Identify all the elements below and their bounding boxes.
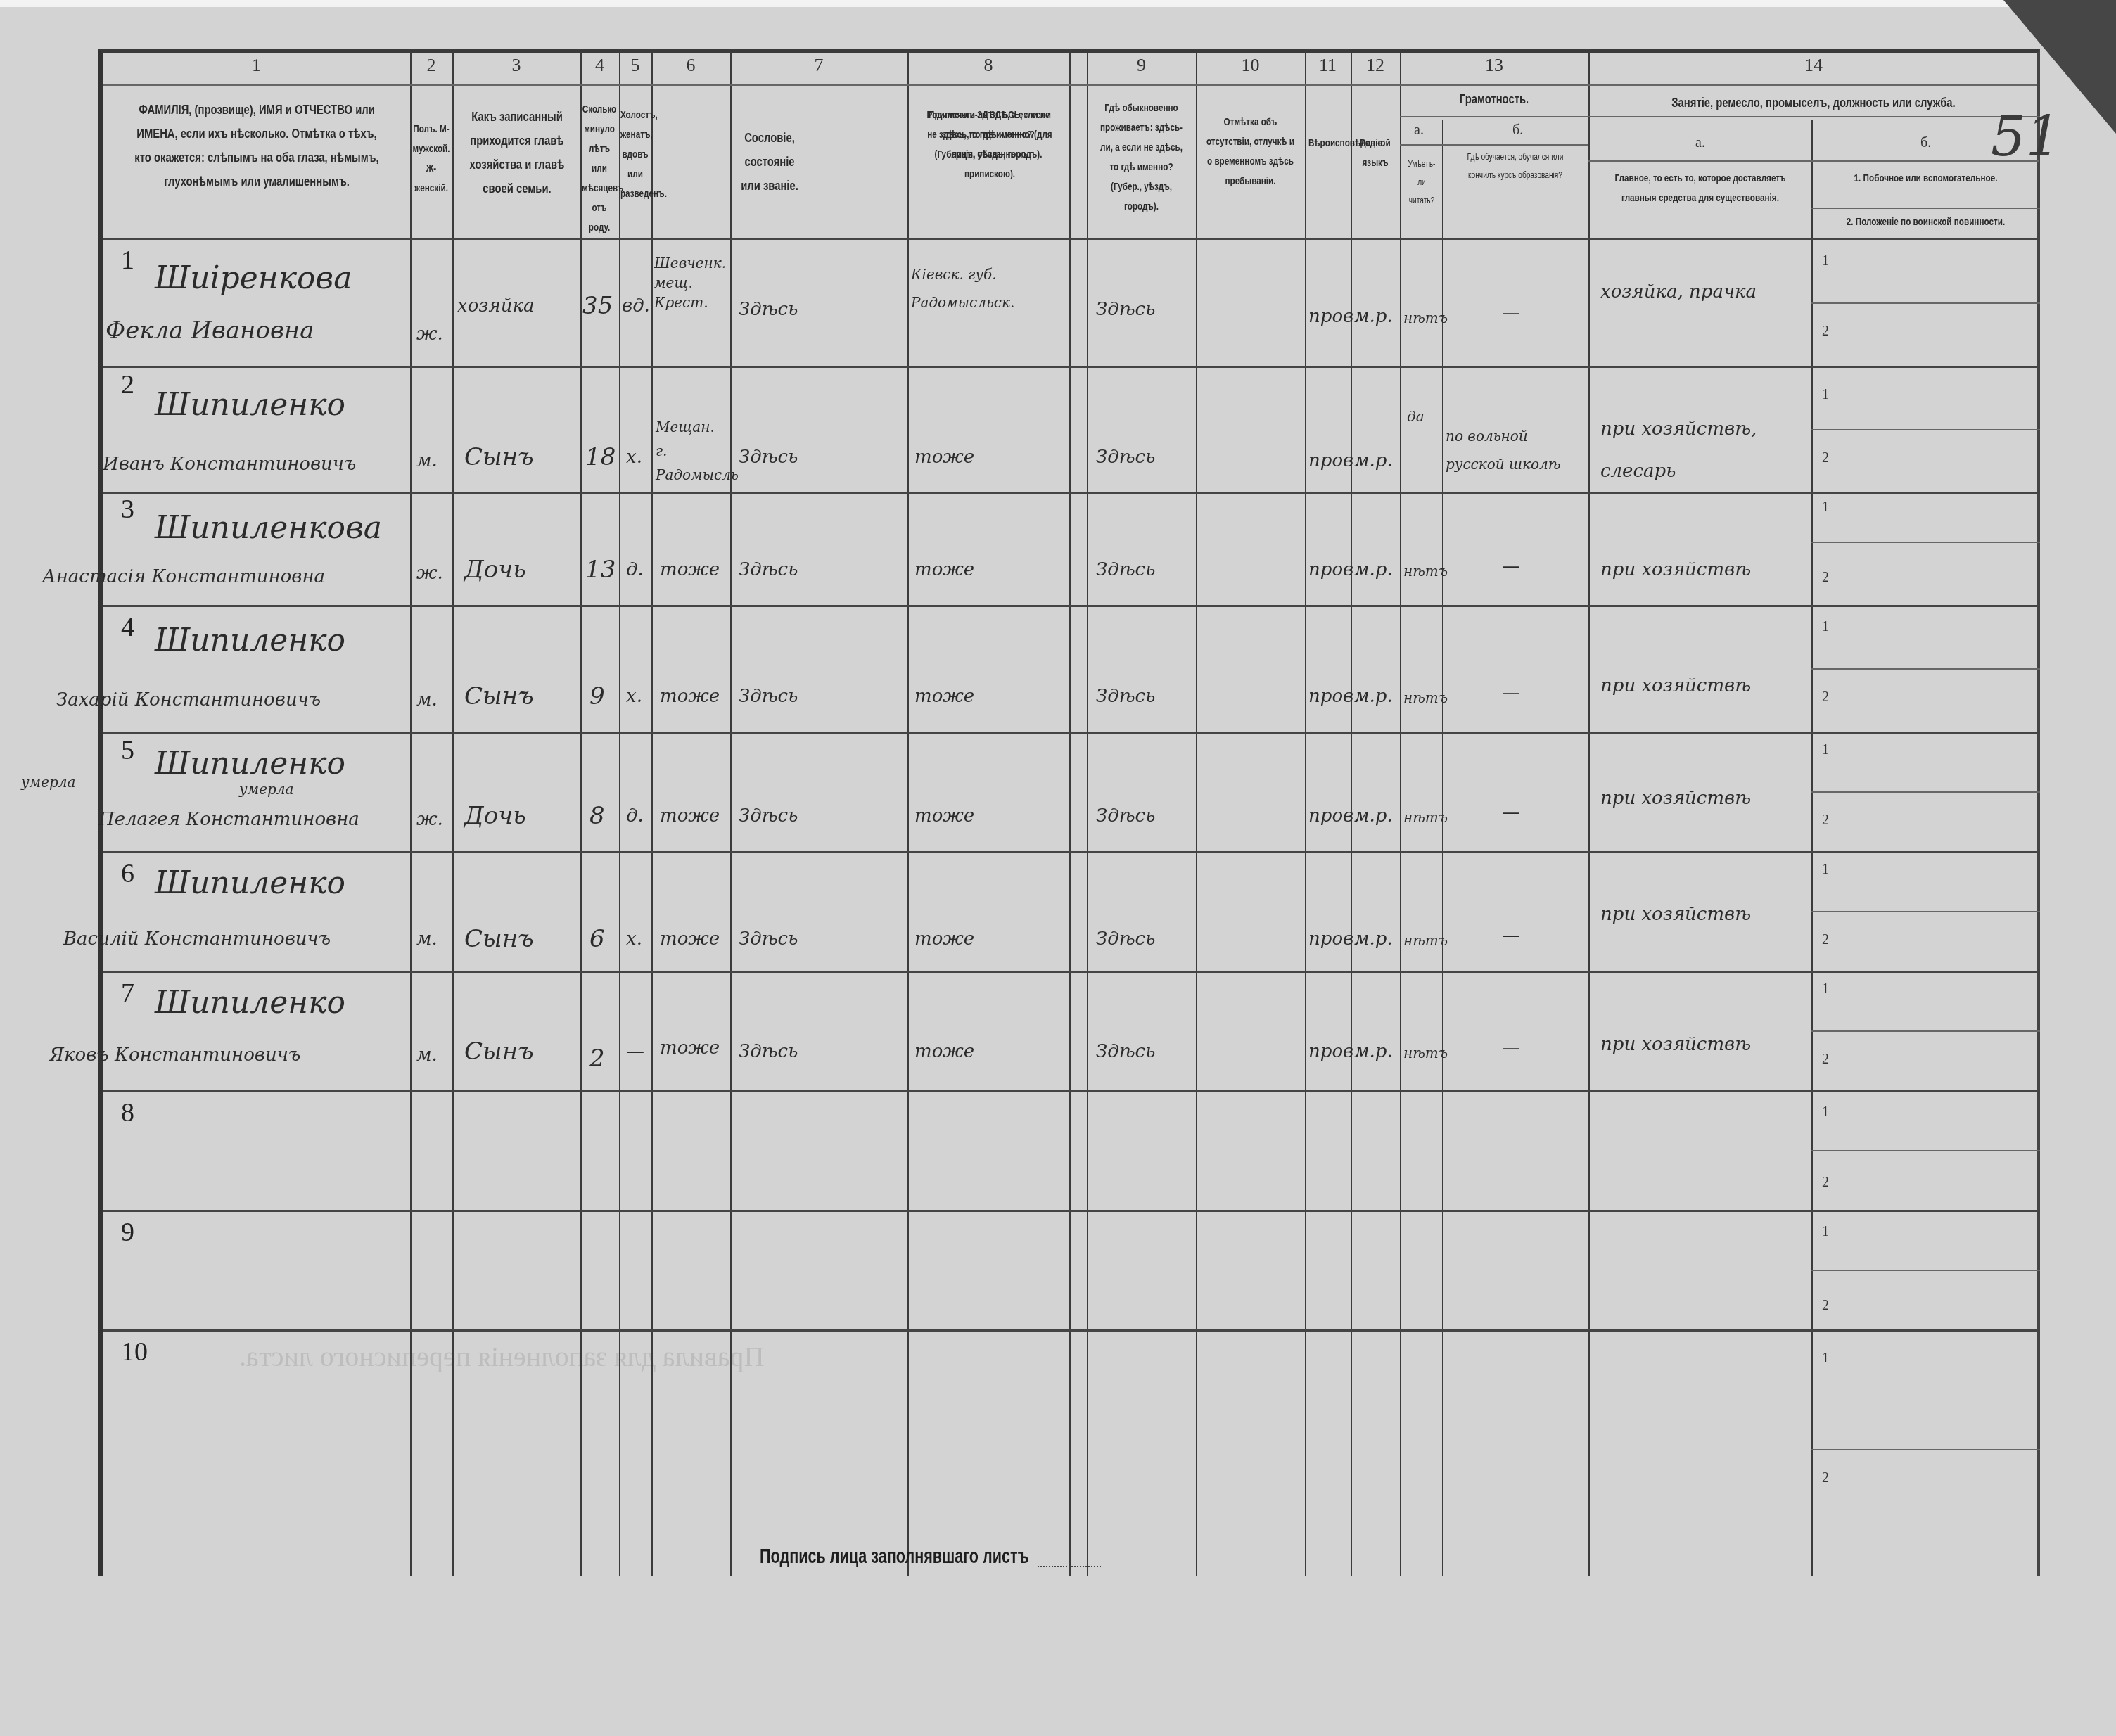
signature-line[interactable] [1038, 1566, 1101, 1567]
military-mark: 2 [1822, 1298, 1829, 1314]
military-mark: 2 [1822, 932, 1829, 948]
estate: Шевченк. мещ. Крест. [654, 253, 729, 312]
row-divider [103, 732, 2037, 734]
education: — [1502, 682, 1520, 703]
religion: пров. [1308, 928, 1359, 950]
literacy-sub-b-label: б. [1512, 122, 1523, 139]
header-occupation: Занятіе, ремесло, промыселъ, должность и… [1638, 91, 1989, 115]
col-divider [1305, 49, 1306, 1576]
education: — [1502, 556, 1520, 577]
military-mark: 2 [1822, 812, 1829, 829]
row-divider [103, 1090, 2037, 1092]
row-number: 1 [121, 245, 134, 276]
registered-place: тоже [914, 559, 974, 580]
can-read: нѣтъ [1403, 809, 1448, 826]
given-names: Фекла Ивановна [106, 317, 314, 345]
military-mark: 2 [1822, 570, 1829, 586]
sex: м. [416, 689, 438, 710]
header-residence: Гдѣ обыкновенно проживаетъ: здѣсь-ли, а … [1096, 98, 1187, 217]
col-divider [730, 49, 732, 1576]
col-number: 5 [619, 55, 651, 76]
birthplace: Здѣсь [739, 805, 798, 826]
header-education: Гдѣ обучается, обучался или кончилъ курс… [1458, 148, 1572, 184]
relation: Сынъ [464, 682, 534, 710]
military-mark: 2 [1822, 1470, 1829, 1486]
estate: тоже [660, 805, 720, 826]
header-estate: Сословіе, состояніе или званіе. [737, 127, 802, 198]
col-divider [1811, 120, 1813, 1576]
sex: м. [416, 928, 438, 950]
subheader-divider [1400, 144, 1588, 146]
row-divider [103, 1210, 2037, 1212]
row-divider [103, 971, 2037, 973]
age: 35 [582, 292, 613, 320]
occupation-sub-b-label: б. [1920, 135, 1931, 151]
row-number: 6 [121, 858, 134, 889]
row-number: 10 [121, 1336, 148, 1367]
occ-secondary-mark: 1 [1822, 862, 1829, 878]
residence: Здѣсь [1096, 447, 1155, 468]
col-number: 3 [452, 55, 580, 76]
subrow-divider [1811, 429, 2040, 430]
can-read: нѣтъ [1403, 1045, 1448, 1061]
given-names: Пелагея Константиновна [98, 809, 359, 830]
education: — [1502, 302, 1520, 324]
subrow-divider [1811, 1030, 2040, 1032]
marital: х. [626, 686, 642, 707]
row-number: 2 [121, 369, 134, 400]
can-read: нѣтъ [1403, 309, 1448, 326]
row-divider [103, 851, 2037, 853]
occ-secondary-mark: 1 [1822, 619, 1829, 635]
paper-top-edge [0, 0, 2012, 7]
residence: Здѣсь [1096, 299, 1155, 320]
subheader-divider [1400, 116, 2040, 117]
religion: пров. [1308, 559, 1359, 580]
estate: тоже [660, 686, 720, 707]
age: 6 [589, 925, 605, 953]
col-divider [452, 49, 454, 1576]
row-divider [103, 1329, 2037, 1332]
col-number: 8 [907, 55, 1069, 76]
header-relation: Какъ записанный приходится главѣ хозяйст… [465, 106, 569, 201]
religion: пров. [1308, 450, 1359, 471]
occupation-main: при хозяйствѣ [1600, 559, 1751, 580]
education: — [1502, 1038, 1520, 1059]
col-divider [1196, 49, 1197, 1576]
surname: Шипиленко [155, 623, 345, 658]
language: м.р. [1354, 928, 1393, 950]
occupation-main: при хозяйствѣ [1600, 788, 1751, 809]
education: по вольной русской школѣ [1446, 422, 1586, 478]
col-number: 12 [1351, 55, 1400, 76]
signature-label: Подпись лица заполнявшаго листъ [760, 1545, 1028, 1569]
occ-secondary-mark: 1 [1822, 981, 1829, 997]
education: — [1502, 925, 1520, 946]
language: м.р. [1354, 559, 1393, 580]
marital: — [626, 1041, 644, 1062]
age: 18 [585, 443, 616, 471]
subheader-divider [1811, 208, 2040, 209]
relation: Дочь [464, 802, 526, 830]
religion: пров. [1308, 1041, 1359, 1062]
occupation-main: при хозяйствѣ [1600, 1034, 1751, 1055]
marital: вд. [622, 295, 650, 317]
language: м.р. [1354, 1041, 1393, 1062]
birthplace: Здѣсь [739, 447, 798, 468]
language: м.р. [1354, 450, 1393, 471]
language: м.р. [1354, 805, 1393, 826]
birthplace: Здѣсь [739, 928, 798, 950]
given-names: Анастасія Константиновна [42, 566, 325, 587]
col-divider [651, 49, 653, 1576]
col-number: 14 [1588, 55, 2039, 76]
row-number: 3 [121, 494, 134, 525]
age: 13 [585, 556, 616, 584]
col-divider [1087, 49, 1088, 1576]
relation: Сынъ [464, 925, 534, 953]
surname: Шипиленко [155, 865, 345, 901]
age: 2 [589, 1045, 605, 1073]
language: м.р. [1354, 306, 1393, 327]
col-number: 6 [651, 55, 730, 76]
religion: пров. [1308, 805, 1359, 826]
religion: пров. [1308, 306, 1359, 327]
occupation-sub-a-label: а. [1695, 135, 1705, 151]
occ-secondary-mark: 1 [1822, 499, 1829, 516]
header-military-status: 2. Положеніе по воинской повинности. [1837, 212, 2015, 232]
residence: Здѣсь [1096, 805, 1155, 826]
age: 9 [589, 682, 605, 710]
can-read: да [1407, 408, 1425, 425]
relation: Дочь [464, 556, 526, 584]
registered-place: Кіевск. губ. Радомысльск. [911, 260, 1067, 317]
estate: тоже [660, 559, 720, 580]
margin-note: умерла [21, 774, 75, 791]
col-divider [1442, 120, 1443, 1576]
birthplace: Здѣсь [739, 686, 798, 707]
row-number: 5 [121, 735, 134, 766]
education: — [1502, 802, 1520, 823]
col-number: 13 [1400, 55, 1588, 76]
subheader-divider [1588, 160, 2039, 162]
language: м.р. [1354, 686, 1393, 707]
occ-secondary-mark: 1 [1822, 1224, 1829, 1240]
subrow-divider [1811, 302, 2040, 304]
birthplace: Здѣсь [739, 299, 798, 320]
registered-place: тоже [914, 1041, 974, 1062]
row-number: 4 [121, 612, 134, 643]
marital: х. [626, 928, 642, 950]
header-occupation-secondary: 1. Побочное или вспомогательное. [1837, 169, 2015, 189]
occupation-main: при хозяйствѣ [1600, 675, 1751, 696]
literacy-sub-a-label: а. [1414, 122, 1424, 139]
col-divider [410, 49, 412, 1576]
row-number: 9 [121, 1217, 134, 1248]
col-divider [1588, 49, 1590, 1576]
surname: Шипиленко [155, 746, 345, 781]
given-names: Иванъ Константиновичъ [103, 454, 356, 475]
col-number: 10 [1196, 55, 1305, 76]
given-names: Захарій Константиновичъ [56, 689, 321, 710]
given-names: Яковъ Константиновичъ [49, 1045, 300, 1066]
estate: Мещан. г. Радомысль [656, 415, 729, 487]
col-divider [907, 49, 909, 1576]
header-language: Родной языкъ [1355, 134, 1396, 173]
registered-place: тоже [914, 805, 974, 826]
marital: х. [626, 447, 642, 468]
col-number: 7 [730, 55, 907, 76]
col-number: 1 [103, 55, 410, 76]
surname: Шиipенкова [155, 260, 352, 296]
marital: д. [626, 805, 644, 826]
subrow-divider [1811, 1449, 2040, 1450]
number-row-divider [103, 84, 2037, 86]
birthplace: Здѣсь [739, 559, 798, 580]
occupation-main: при хозяйствѣ, слесарь [1600, 408, 1804, 492]
registered-place: тоже [914, 928, 974, 950]
page-number: 51 [1991, 106, 2060, 169]
row-divider [103, 605, 2037, 607]
estate: тоже [660, 1038, 720, 1059]
sex: м. [416, 450, 438, 471]
row-divider [103, 492, 2037, 494]
census-form: 1 2 3 4 5 6 7 8 9 10 11 12 13 14 ФАМИЛІЯ… [98, 49, 2047, 1583]
residence: Здѣсь [1096, 559, 1155, 580]
col-divider [1069, 49, 1071, 1576]
row-divider [103, 366, 2037, 368]
occ-secondary-mark: 1 [1822, 1351, 1829, 1367]
birthplace: Здѣсь [739, 1041, 798, 1062]
relation: Сынъ [464, 443, 534, 471]
header-name: ФАМИЛІЯ, (прозвище), ИМЯ и ОТЧЕСТВО или … [134, 98, 381, 194]
can-read: нѣтъ [1403, 689, 1448, 706]
subrow-divider [1811, 542, 2040, 543]
registered-place: тоже [914, 447, 974, 468]
header-occupation-main: Главное, то есть то, которое доставляетъ… [1613, 169, 1787, 208]
header-registered: Приписанъ-ли ЗДѢСЬ, а если не здѣсь, то … [926, 106, 1054, 184]
deceased-note: умерла [239, 781, 293, 798]
can-read: нѣтъ [1403, 563, 1448, 580]
occupation-main: при хозяйствѣ [1600, 904, 1751, 925]
relation: хозяйка [457, 295, 534, 317]
col-divider [580, 49, 582, 1576]
sex: м. [416, 1045, 438, 1066]
surname: Шипиленко [155, 387, 345, 423]
col-divider [619, 49, 620, 1576]
row-number: 8 [121, 1097, 134, 1128]
military-mark: 2 [1822, 689, 1829, 706]
can-read: нѣтъ [1403, 932, 1448, 949]
col-number: 9 [1087, 55, 1196, 76]
col-number: 2 [410, 55, 452, 76]
occ-secondary-mark: 1 [1822, 387, 1829, 403]
subrow-divider [1811, 911, 2040, 912]
subrow-divider [1811, 1150, 2040, 1151]
col-number: 11 [1305, 55, 1351, 76]
header-can-read: Умѣетъ-ли читать? [1405, 155, 1439, 210]
registered-place: тоже [914, 686, 974, 707]
military-mark: 2 [1822, 450, 1829, 466]
col-divider [1400, 49, 1401, 1576]
sex: ж. [416, 809, 443, 830]
header-literacy: Грамотность. [1420, 88, 1567, 112]
surname: Шипиленкова [155, 510, 382, 546]
header-age: Сколько минуло лѣтъ или мѣсяцевъ отъ род… [582, 100, 617, 238]
estate: тоже [660, 928, 720, 950]
sex: ж. [416, 563, 443, 584]
residence: Здѣсь [1096, 928, 1155, 950]
residence: Здѣсь [1096, 686, 1155, 707]
given-names: Василій Константиновичъ [63, 928, 331, 950]
age: 8 [589, 802, 605, 830]
relation: Сынъ [464, 1038, 534, 1066]
occ-secondary-mark: 1 [1822, 1104, 1829, 1121]
marital: д. [626, 559, 644, 580]
military-mark: 2 [1822, 1175, 1829, 1191]
military-mark: 2 [1822, 324, 1829, 340]
subrow-divider [1811, 668, 2040, 670]
military-mark: 2 [1822, 1052, 1829, 1068]
occ-secondary-mark: 1 [1822, 253, 1829, 269]
religion: пров. [1308, 686, 1359, 707]
subrow-divider [1811, 1270, 2040, 1271]
residence: Здѣсь [1096, 1041, 1155, 1062]
header-marital: Холостъ, женатъ, вдовъ или разведенъ. [620, 106, 650, 204]
header-absence: Отмѣтка объ отсутствіи, отлучкѣ и о врем… [1206, 113, 1295, 191]
col-number: 4 [580, 55, 619, 76]
header-sex: Полъ. М-мужской. Ж-женскій. [412, 120, 451, 198]
occ-secondary-mark: 1 [1822, 742, 1829, 758]
surname: Шипиленко [155, 985, 345, 1021]
occupation-main: хозяйка, прачка [1600, 274, 1797, 309]
subrow-divider [1811, 791, 2040, 793]
row-number: 7 [121, 978, 134, 1009]
header-bottom [103, 238, 2037, 240]
sex: ж. [416, 324, 443, 345]
header-religion: Вѣроисповѣданіе. [1308, 134, 1348, 153]
